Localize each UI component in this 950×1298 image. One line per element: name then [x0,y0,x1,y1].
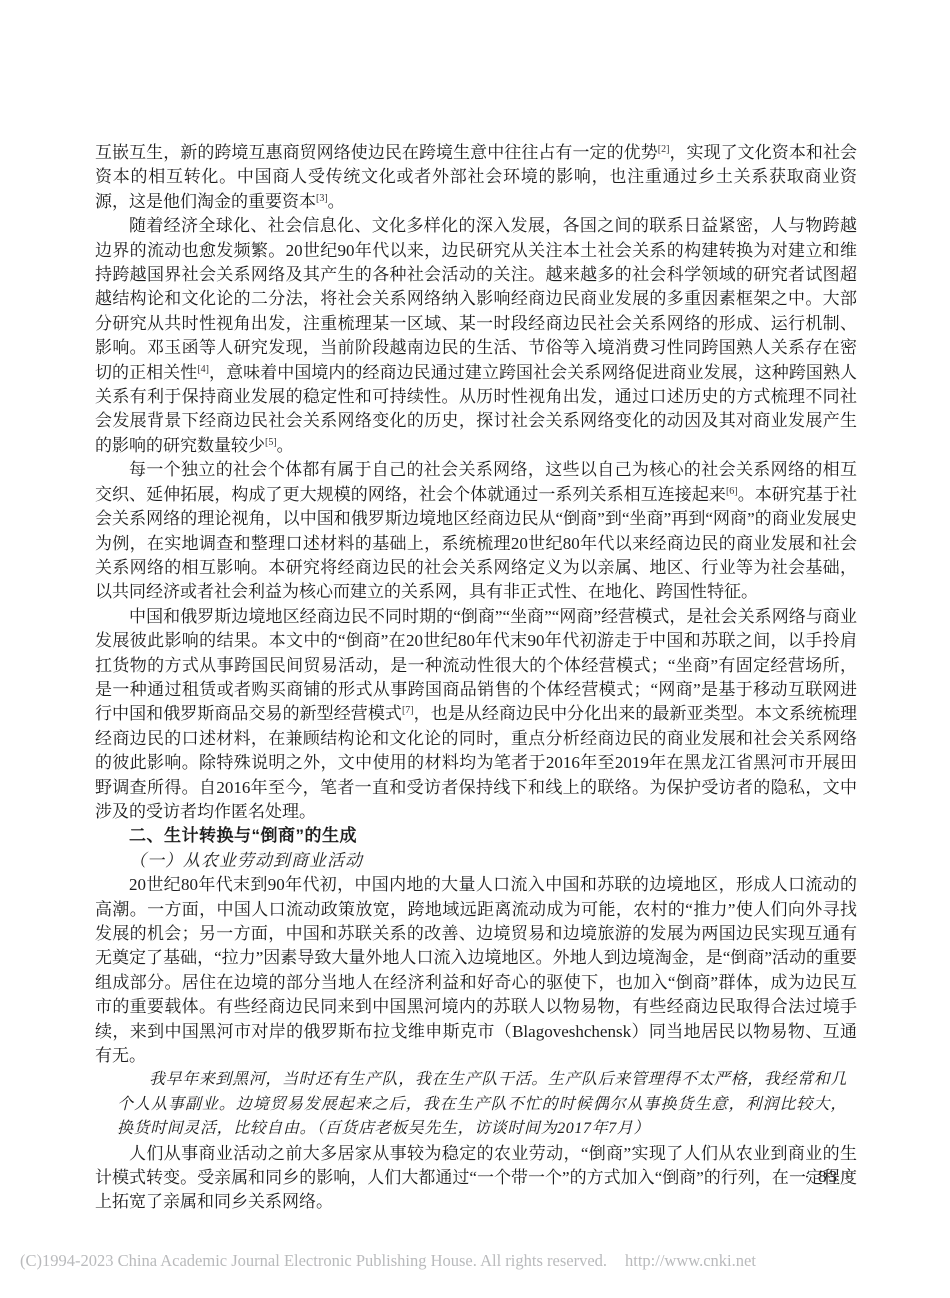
citation-ref: [2] [658,144,670,155]
citation-ref: [3] [316,193,328,204]
paragraph: 人们从事商业活动之前大多居家从事较为稳定的农业劳动，“倒商”实现了人们从农业到商… [95,1142,857,1215]
journal-page: 互嵌互生，新的跨境互惠商贸网络使边民在跨境生意中往往占有一定的优势[2]，实现了… [0,0,950,1298]
section-heading: 二、生计转换与“倒商”的生成 [95,824,857,848]
paragraph: 互嵌互生，新的跨境互惠商贸网络使边民在跨境生意中往往占有一定的优势[2]，实现了… [95,141,857,214]
footer-url: http://www.cnki.net [625,1251,756,1270]
citation-ref: [5] [265,437,277,448]
citation-ref: [6] [726,486,738,497]
footer: (C)1994-2023 China Academic Journal Elec… [20,1251,932,1271]
interview-quote: 我早年来到黑河，当时还有生产队，我在生产队干活。生产队后来管理得不太严格，我经常… [117,1068,847,1141]
paragraph: 随着经济全球化、社会信息化、文化多样化的深入发展，各国之间的联系日益紧密，人与物… [95,214,857,458]
footer-copyright: (C)1994-2023 China Academic Journal Elec… [20,1251,607,1270]
page-number: · 83 · [804,1167,853,1187]
citation-ref: [7] [402,705,414,716]
paragraph: 每一个独立的社会个体都有属于自己的社会关系网络，这些以自己为核心的社会关系网络的… [95,458,857,604]
article-body: 互嵌互生，新的跨境互惠商贸网络使边民在跨境生意中往往占有一定的优势[2]，实现了… [95,141,857,1215]
subsection-heading: （一）从农业劳动到商业活动 [95,849,857,873]
citation-ref: [4] [197,364,209,375]
paragraph: 20世纪80年代末到90年代初，中国内地的大量人口流入中国和苏联的边境地区，形成… [95,873,857,1068]
paragraph: 中国和俄罗斯边境地区经商边民不同时期的“倒商”“坐商”“网商”经营模式，是社会关… [95,605,857,825]
